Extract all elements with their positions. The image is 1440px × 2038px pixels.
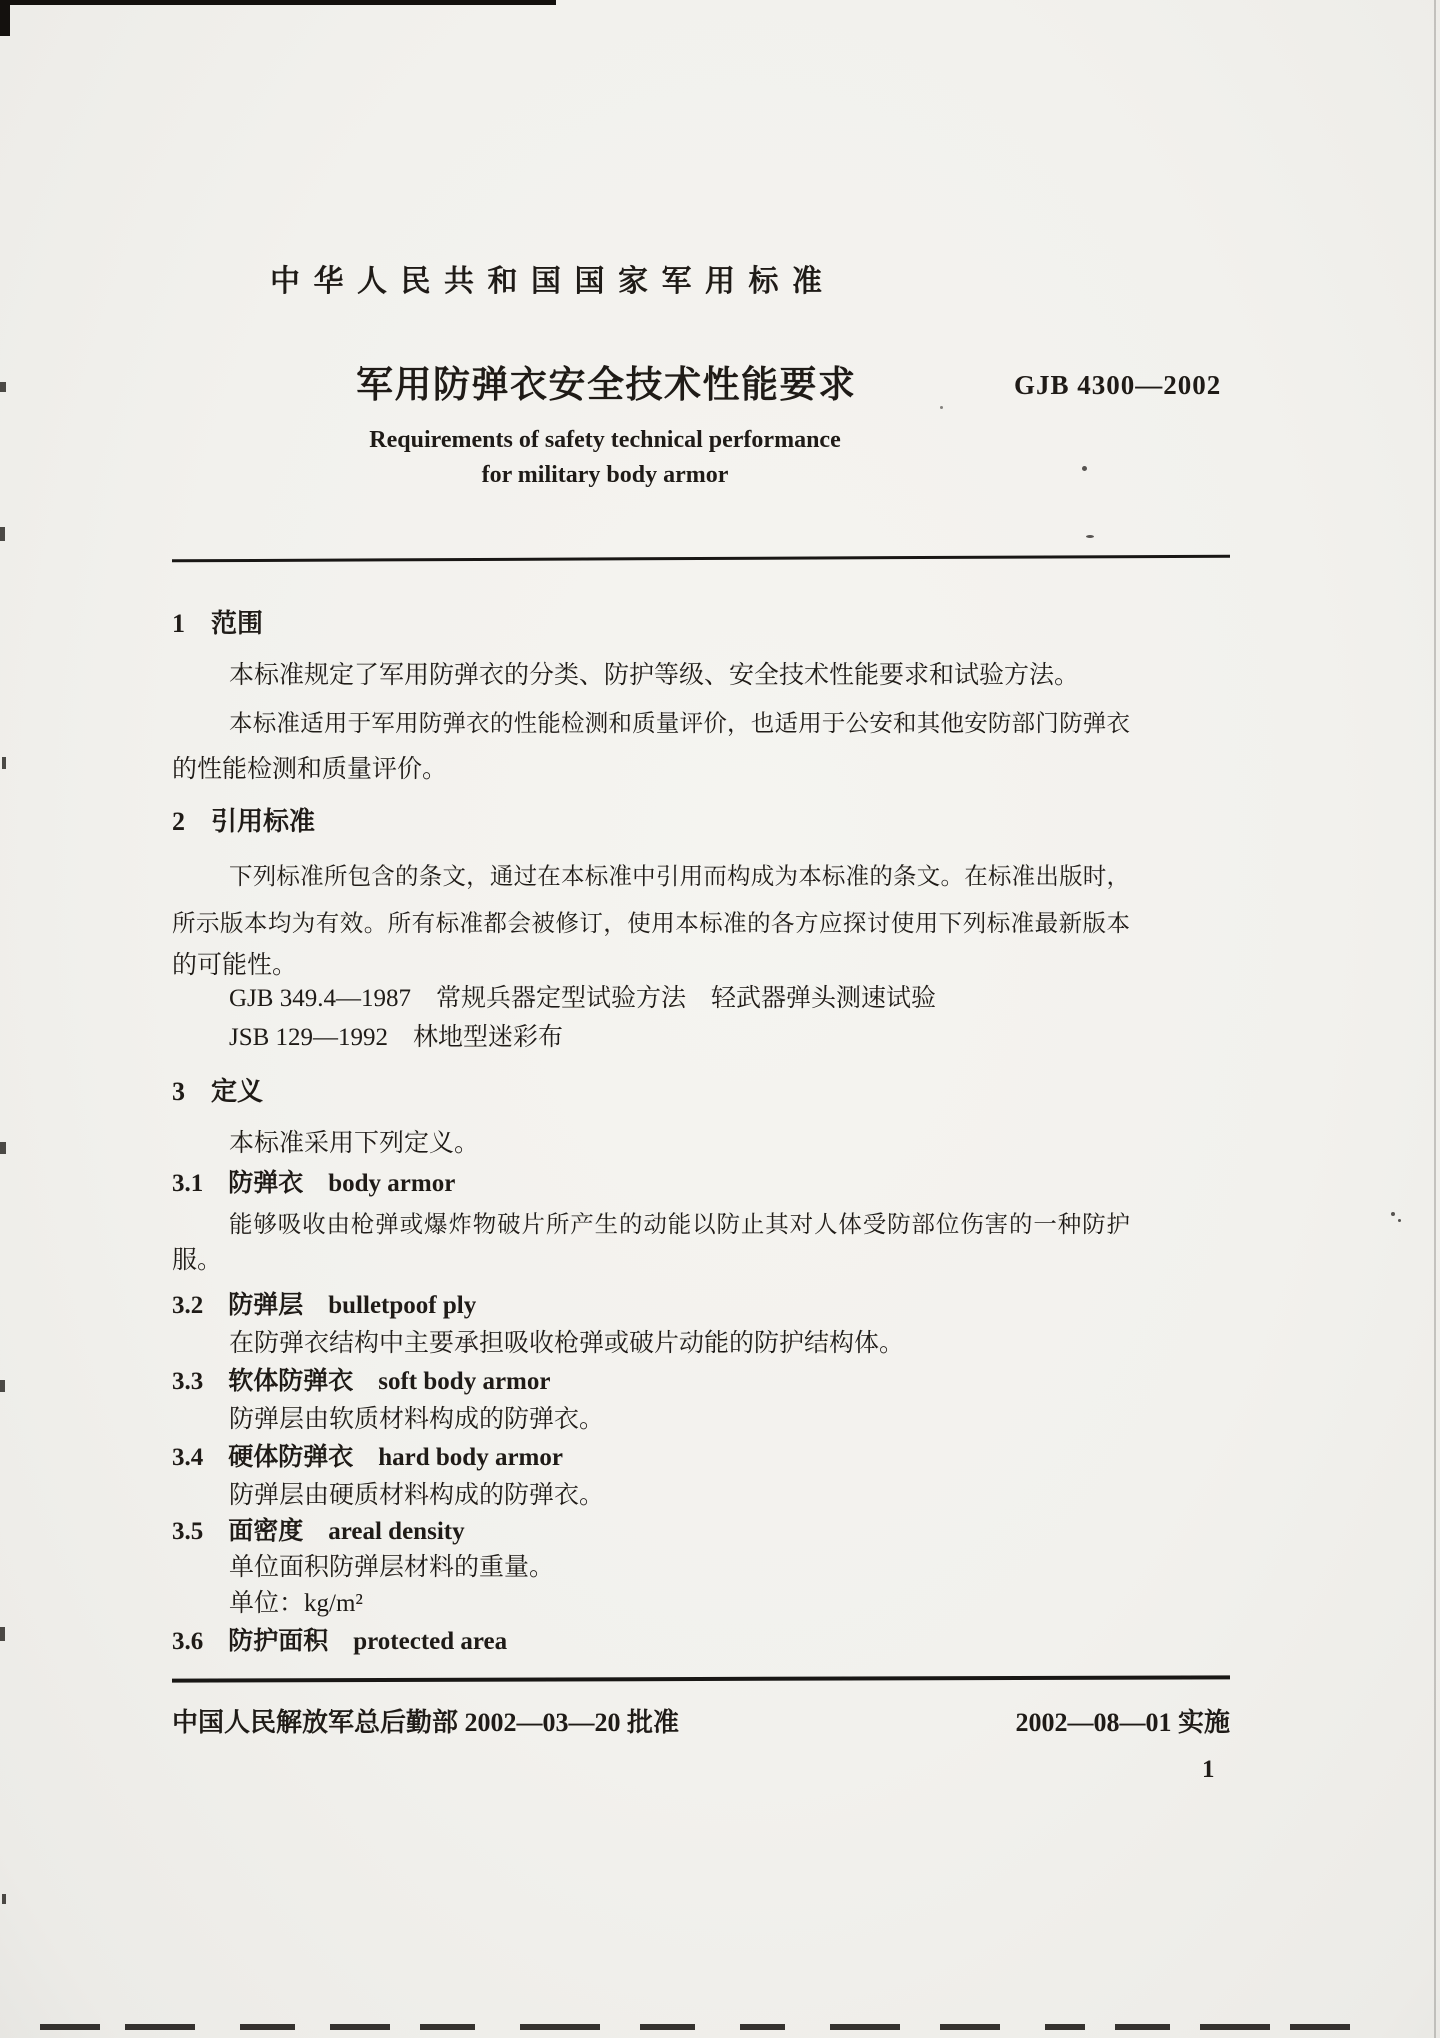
scan-artifact-bottom-dash [1290,2024,1350,2030]
body-line: 下列标准所包含的条文，通过在本标准中引用而构成为本标准的条文。在标准出版时， [172,862,1130,893]
scan-artifact-tick [0,1380,5,1392]
reference-line: JSB 129—1992 林地型迷彩布 [172,1022,1130,1053]
section-heading-references: 2 引用标准 [172,806,1130,837]
body-line: 的可能性。 [172,950,1130,981]
scan-artifact-speck [1082,466,1087,471]
reference-line: GJB 349.4—1987 常规兵器定型试验方法 轻武器弹头测速试验 [172,983,1130,1014]
scan-artifact-bottom-dash [740,2024,785,2030]
scan-artifact-bottom-dash [420,2024,475,2030]
header-rule [172,555,1230,563]
body-line: 本标准规定了军用防弹衣的分类、防护等级、安全技术性能要求和试验方法。 [172,660,1130,691]
scan-artifact-speck [1398,1219,1401,1222]
scan-artifact-speck [1086,535,1094,538]
scan-artifact-bottom-dash [1045,2024,1085,2030]
scan-artifact-top-bar [0,0,556,5]
body-line: 本标准适用于军用防弹衣的性能检测和质量评价，也适用于公安和其他安防部门防弹衣 [172,709,1130,740]
scan-artifact-corner [0,0,10,36]
body-line: 防弹层由软质材料构成的防弹衣。 [172,1404,1130,1435]
body-line: 能够吸收由枪弹或爆炸物破片所产生的动能以防止其对人体受防部位伤害的一种防护 [172,1210,1130,1241]
body-line: 单位面积防弹层材料的重量。 [172,1552,1130,1583]
body-line: 所示版本均为有效。所有标准都会被修订，使用本标准的各方应探讨使用下列标准最新版本 [172,909,1130,940]
body-line: 服。 [172,1245,1130,1276]
standard-class-header: 中华人民共和国国家军用标准 [270,256,836,300]
scan-artifact-bottom-dash [940,2024,1000,2030]
scan-artifact-bottom-dash [240,2024,295,2030]
document-title-en-line1: Requirements of safety technical perform… [300,427,910,454]
definition-heading-3-4: 3.4 硬体防弹衣 hard body armor [172,1442,1130,1473]
scan-artifact-tick [0,382,6,392]
document-title-en-line2: for military body armor [300,462,910,489]
document-title-cn: 军用防弹衣安全技术性能要求 [356,354,857,408]
scanned-page: 中华人民共和国国家军用标准 军用防弹衣安全技术性能要求 GJB 4300—200… [0,0,1440,2038]
scan-artifact-bottom-dash [125,2024,195,2030]
scan-artifact-tick [2,1894,6,1904]
scan-artifact-bottom-dash [640,2024,695,2030]
section-heading-definitions: 3 定义 [172,1076,1130,1107]
scan-artifact-bottom-dash [330,2024,390,2030]
scan-artifact-bottom-dash [830,2024,900,2030]
footer-implementation: 2002—08—01 实施 [172,1702,1230,1739]
body-line: 本标准采用下列定义。 [172,1128,1130,1159]
body-line: 防弹层由硬质材料构成的防弹衣。 [172,1480,1130,1511]
scan-artifact-tick [2,757,6,769]
footer-rule [172,1675,1230,1682]
definition-heading-3-1: 3.1 防弹衣 body armor [172,1168,1130,1199]
definition-heading-3-6: 3.6 防护面积 protected area [172,1626,1130,1657]
body-line: 的性能检测和质量评价。 [172,754,1130,785]
scan-artifact-bottom-dash [40,2024,100,2030]
definition-heading-3-5: 3.5 面密度 areal density [172,1516,1130,1547]
definition-heading-3-3: 3.3 软体防弹衣 soft body armor [172,1366,1130,1397]
scan-artifact-speck [1391,1212,1395,1216]
body-line: 在防弹衣结构中主要承担吸收枪弹或破片动能的防护结构体。 [172,1328,1130,1359]
scan-artifact-bottom-dash [1115,2024,1170,2030]
scan-artifact-tick [0,527,5,541]
standard-number: GJB 4300—2002 [1014,370,1221,401]
definition-heading-3-2: 3.2 防弹层 bulletpoof ply [172,1290,1130,1321]
section-heading-scope: 1 范围 [172,608,1130,639]
scan-artifact-tick [0,1627,5,1641]
page-number: 1 [1202,1756,1215,1784]
scan-artifact-right-edge [1434,0,1436,2038]
scan-artifact-bottom-dash [520,2024,600,2030]
unit-line: 单位：kg/m² [172,1588,1130,1619]
scan-artifact-bottom-dash [1200,2024,1270,2030]
scan-artifact-speck [940,406,943,409]
scan-artifact-tick [0,1142,6,1154]
